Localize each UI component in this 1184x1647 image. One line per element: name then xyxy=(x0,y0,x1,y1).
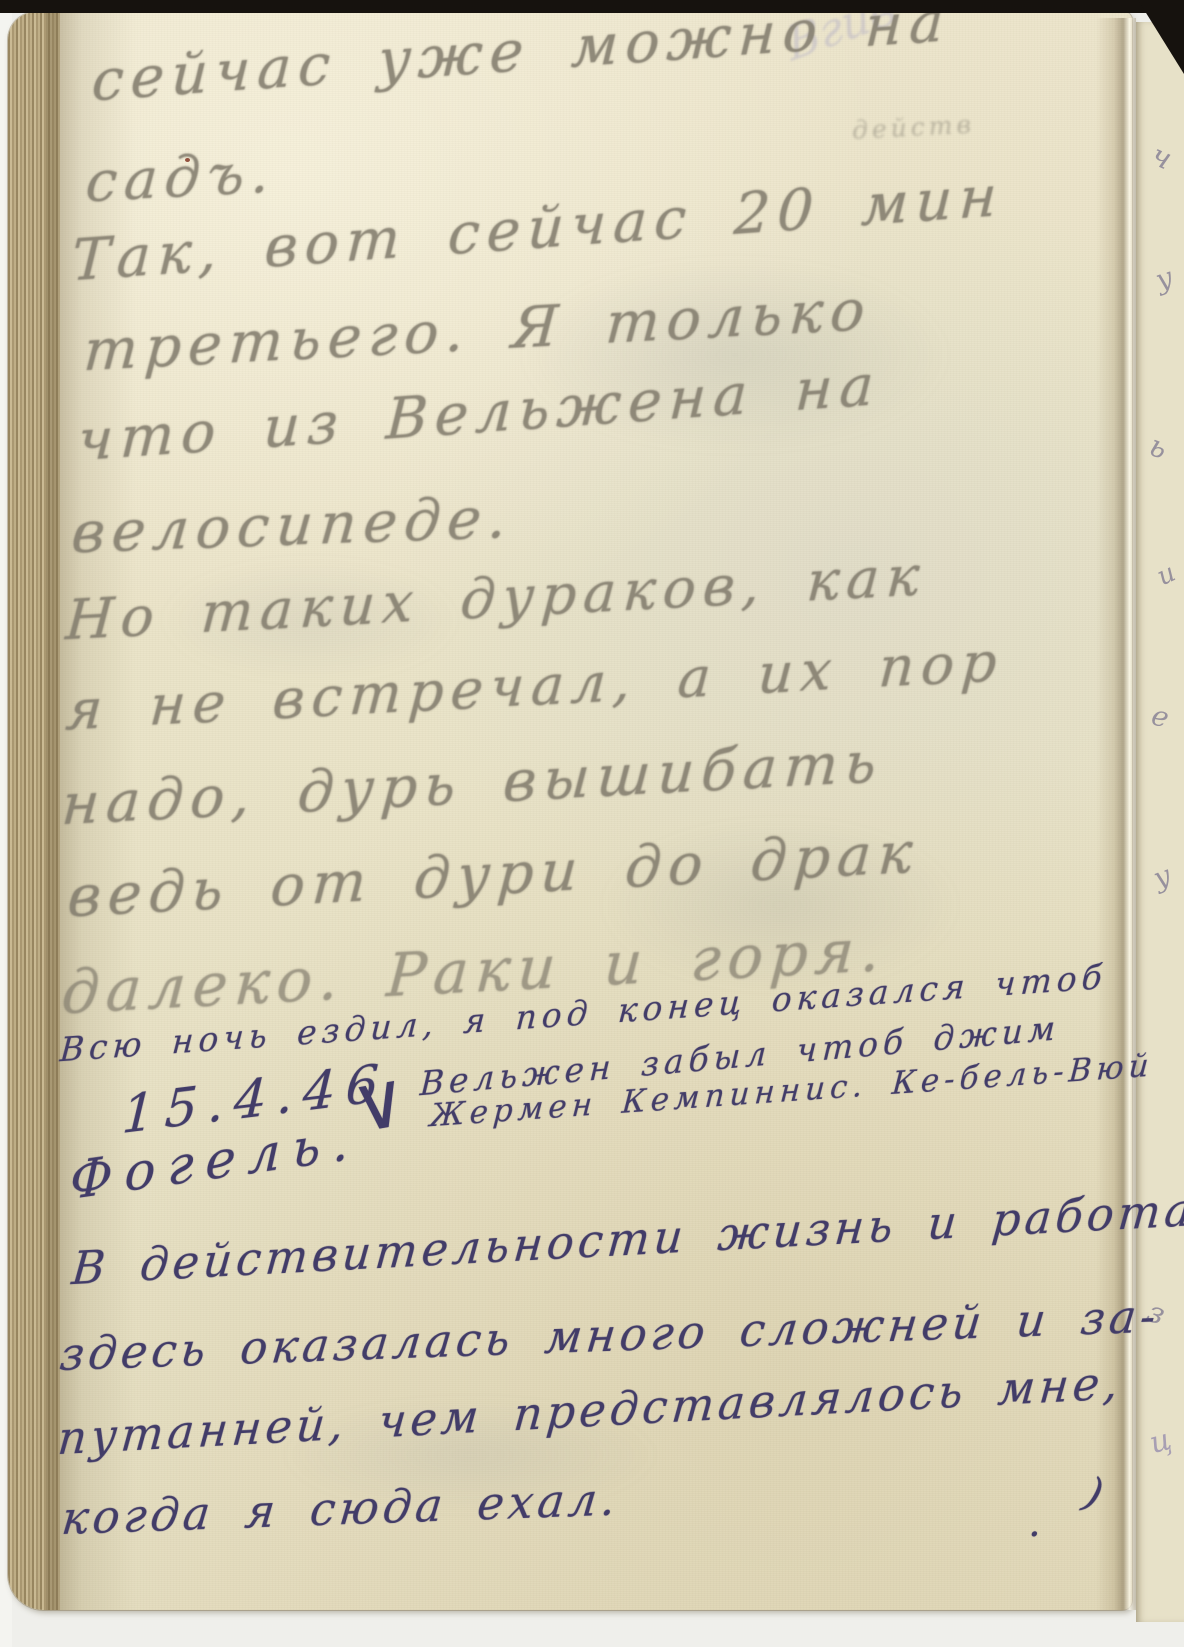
scanned-notebook-page: Вгив действ сейчас уже можно на садъ. Та… xyxy=(0,0,1184,1647)
ink-dot: . xyxy=(1028,1500,1041,1546)
red-speck xyxy=(185,158,190,162)
scan-border-top xyxy=(0,0,1184,13)
pencil-line: садъ. xyxy=(84,140,279,215)
